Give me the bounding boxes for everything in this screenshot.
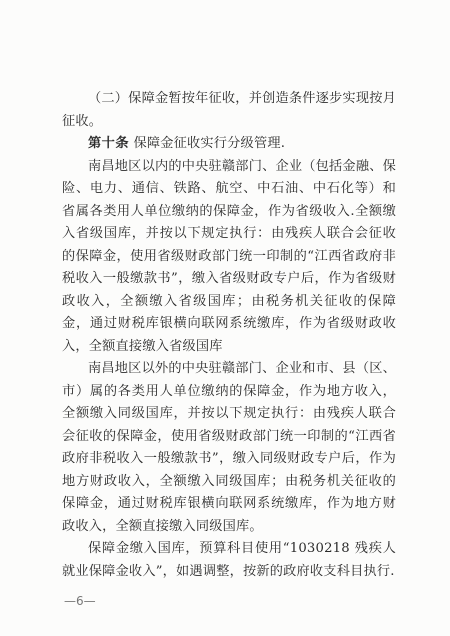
paragraph-nanchang-internal: 南昌地区以内的中央驻赣部门、企业（包括金融、保险、电力、通信、铁路、航空、中石油…: [62, 156, 396, 359]
document-page: （二）保障金暂按年征收，并创造条件逐步实现按月征收。 第十条 保障金征收实行分级…: [0, 0, 450, 636]
paragraph-nanchang-external: 南昌地区以外的中央驻赣部门、企业和市、县（区、市）属的各类用人单位缴纳的保障金，…: [62, 358, 396, 538]
article-ten-text: 保障金征收实行分级管理.: [129, 136, 285, 151]
article-label: 第十条: [88, 136, 129, 151]
document-body: （二）保障金暂按年征收，并创造条件逐步实现按月征收。 第十条 保障金征收实行分级…: [62, 88, 396, 583]
paragraph-budget-subject: 保障金缴入国库，预算科目使用“1030218 残疾人就业保障金收入”，如遇调整，…: [62, 538, 396, 583]
article-ten-paragraph: 第十条 保障金征收实行分级管理.: [62, 133, 396, 156]
paragraph-collection-frequency: （二）保障金暂按年征收，并创造条件逐步实现按月征收。: [62, 88, 396, 133]
page-number: —6—: [64, 594, 96, 608]
